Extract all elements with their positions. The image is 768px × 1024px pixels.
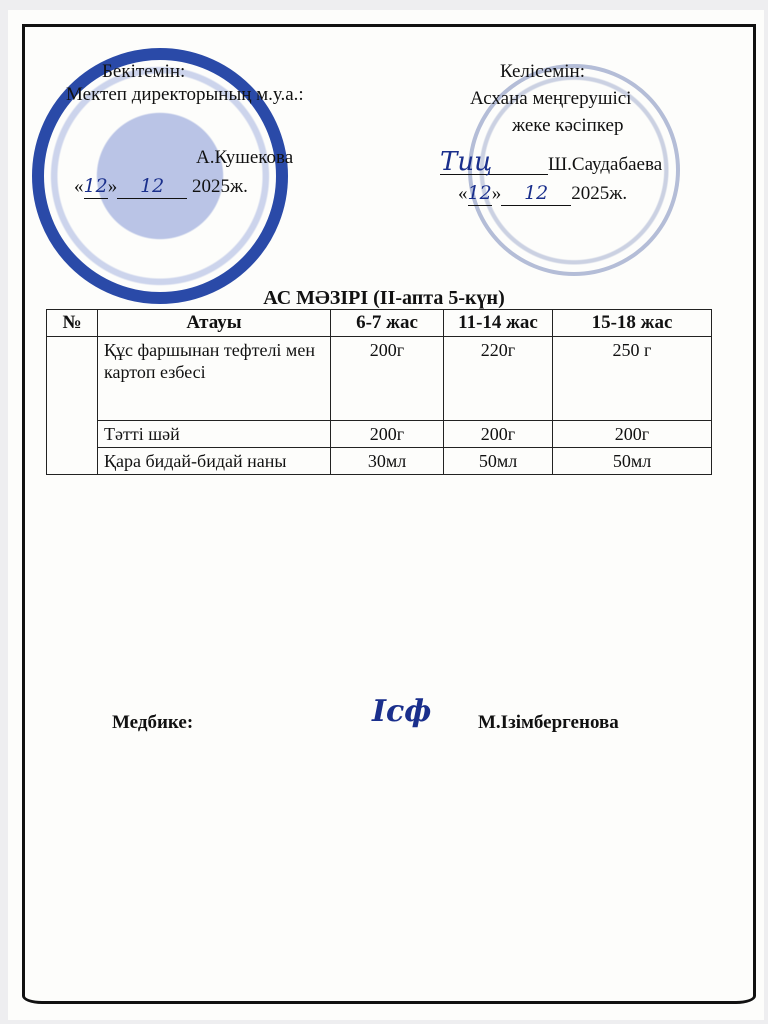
agreement-block: Келісемін: Асхана меңгерушісі жеке кәсіп… [440,60,662,206]
table-row: Тәтті шәй 200г 200г 200г [47,421,712,448]
approval-date-day: 12 [84,175,108,199]
nurse-label: Медбике: [112,712,193,734]
approval-name: А.Кушекова [66,146,304,169]
portion-11-14: 220г [444,337,553,421]
table-row: Құс фаршынан тефтелі мен картоп езбесі 2… [47,337,712,421]
nurse-signature: Ісф [372,694,431,729]
portion-11-14: 50мл [444,448,553,475]
approval-date: «12»12 2025ж. [66,175,304,199]
header-number: № [47,310,98,337]
table-header-row: № Атауы 6-7 жас 11-14 жас 15-18 жас [47,310,712,337]
agreement-position: Асхана меңгерушісі [440,87,662,110]
table-row: Қара бидай-бидай наны 30мл 50мл 50мл [47,448,712,475]
row-number-cell [47,337,98,475]
portion-15-18: 200г [553,421,712,448]
agreement-signature: Тиц [440,151,548,175]
agreement-heading: Келісемін: [440,60,662,83]
portion-6-7: 200г [331,421,444,448]
portion-15-18: 250 г [553,337,712,421]
portion-15-18: 50мл [553,448,712,475]
agreement-date: «12»122025ж. [440,182,662,206]
agreement-role: жеке кәсіпкер [440,114,662,137]
header-age-11-14: 11-14 жас [444,310,553,337]
dish-name: Қара бидай-бидай наны [98,448,331,475]
menu-title: АС МӘЗІРІ (ІІ-апта 5-күн) [0,287,768,310]
nurse-name: М.Ізімбергенова [478,712,619,734]
agreement-signature-line: ТицШ.Саудабаева [440,151,662,176]
portion-6-7: 30мл [331,448,444,475]
agreement-date-year: 2025ж. [571,183,627,204]
dish-name: Құс фаршынан тефтелі мен картоп езбесі [98,337,331,421]
approval-position: Мектеп директорының м.у.а.: [66,83,304,106]
agreement-name: Ш.Саудабаева [548,154,662,175]
header-age-15-18: 15-18 жас [553,310,712,337]
agreement-date-month: 12 [501,182,571,206]
portion-6-7: 200г [331,337,444,421]
approval-date-year: 2025ж. [192,176,248,197]
dish-name: Тәтті шәй [98,421,331,448]
approval-block: Бекітемін: Мектеп директорының м.у.а.: А… [66,60,304,199]
approval-heading: Бекітемін: [66,60,304,83]
header-name: Атауы [98,310,331,337]
agreement-date-day: 12 [468,182,492,206]
approval-date-month: 12 [117,175,187,199]
menu-table: № Атауы 6-7 жас 11-14 жас 15-18 жас Құс … [46,309,712,475]
portion-11-14: 200г [444,421,553,448]
header-age-6-7: 6-7 жас [331,310,444,337]
